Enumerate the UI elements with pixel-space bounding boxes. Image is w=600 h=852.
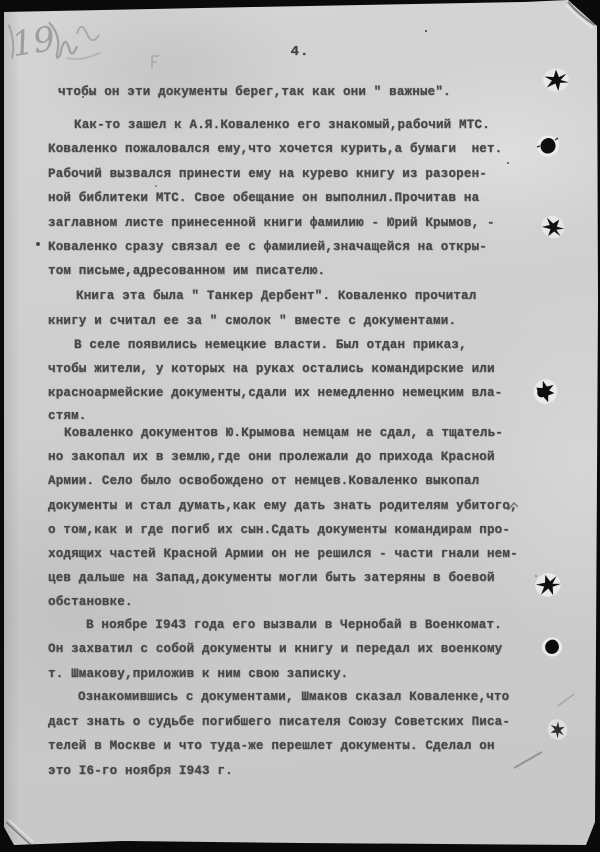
bottom-left-fold-highlight (9, 820, 33, 842)
dog-ear-curl-highlight (566, 5, 593, 28)
faint-stamp-mark (152, 56, 159, 68)
scan-artifacts (2, 0, 598, 847)
dog-ear-curl-line (568, 2, 595, 25)
bottom-left-fold (6, 822, 32, 846)
pencil-stroke (514, 752, 542, 768)
paper-speckles (425, 30, 427, 32)
margin-check-mark (508, 503, 518, 510)
pencil-stroke (558, 694, 574, 706)
scanner-background: { "page": { "number": "4.", "handwritten… (0, 0, 600, 852)
document-page: 19 4. чтобы он эти документы берег,так к… (2, 0, 598, 847)
